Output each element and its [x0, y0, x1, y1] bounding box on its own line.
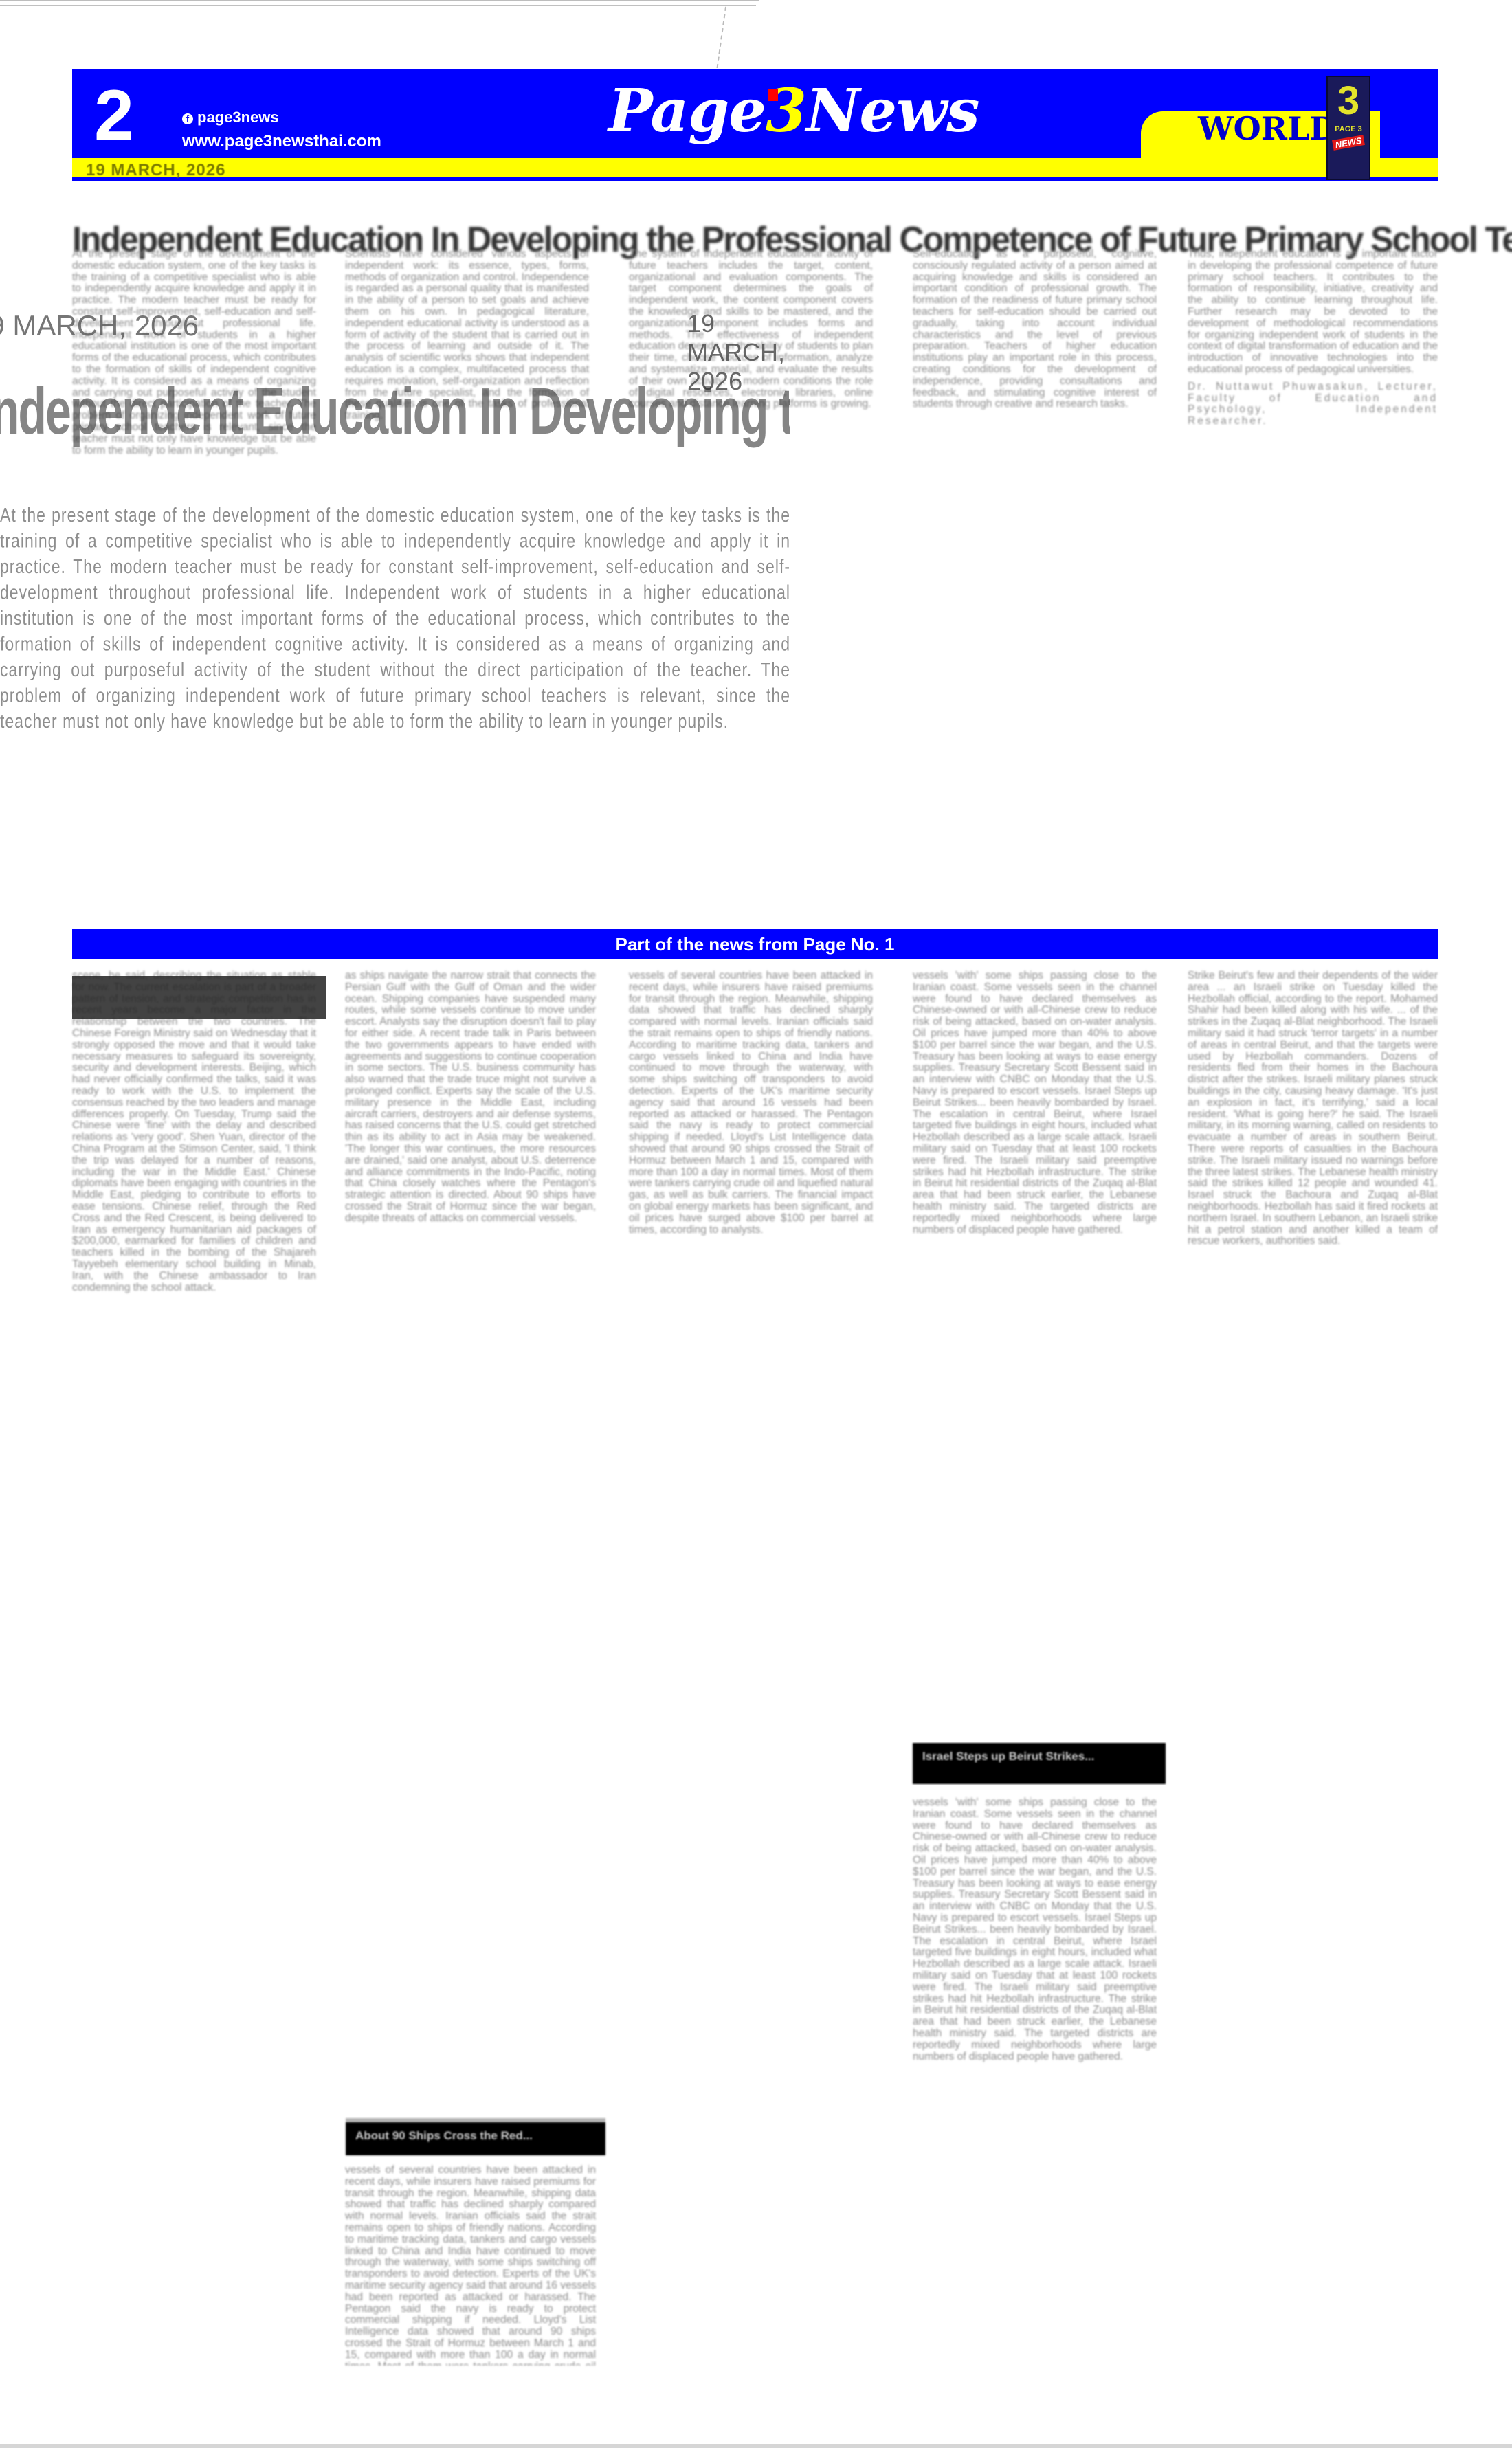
- page-number: 2: [94, 74, 134, 157]
- article2-column-2: as ships navigate the narrow strait that…: [345, 970, 596, 2111]
- article2-paragraph: vessels 'with' some ships passing close …: [913, 1797, 1157, 2062]
- article2-paragraph: scene, he said, describing the situation…: [72, 970, 316, 1293]
- facebook-icon: f: [182, 113, 193, 124]
- article1-byline: Dr. Nuttawut Phuwasakun, Lecturer, Facul…: [1188, 381, 1438, 427]
- facebook-label: page3news: [197, 109, 279, 126]
- article1-column-2: Scientists have considered various aspec…: [345, 249, 589, 909]
- article1-column-1: At the present stage of the development …: [72, 249, 316, 909]
- article2-paragraph: vessels of several countries have been a…: [345, 2165, 596, 2366]
- article2-paragraph: vessels of several countries have been a…: [629, 970, 873, 1236]
- top-border-line: [0, 0, 759, 1]
- article2-paragraph: as ships navigate the narrow strait that…: [345, 970, 596, 1225]
- top-border-line: [0, 5, 756, 6]
- scan-fold-line: [716, 7, 727, 69]
- article1-paragraph: Self-education as a purposeful, cognitiv…: [913, 249, 1157, 410]
- badge-page: PAGE 3: [1328, 125, 1369, 133]
- article1-column-4: Self-education as a purposeful, cognitiv…: [913, 249, 1157, 909]
- section-label: WORLD: [1198, 110, 1337, 147]
- logo-right: News: [806, 76, 979, 146]
- continued-from-page1-banner: Part of the news from Page No. 1: [72, 929, 1438, 959]
- article2-column-1: scene, he said, describing the situation…: [72, 970, 316, 2366]
- logo-left: Page: [608, 76, 766, 146]
- article2-column-2-continued: vessels of several countries have been a…: [345, 2165, 596, 2366]
- article2-column-3: vessels of several countries have been a…: [629, 970, 873, 2366]
- article1-paragraph: The system of independent educational ac…: [629, 249, 873, 410]
- website-link[interactable]: www.page3newsthai.com: [182, 132, 381, 151]
- masthead: 2 fpage3news www.page3newsthai.com 19 MA…: [72, 69, 1438, 180]
- article1-paragraph: At the present stage of the development …: [72, 249, 316, 456]
- bottom-border: [0, 2444, 1512, 2448]
- article2-paragraph: Strike Beirut's few and their dependents…: [1188, 970, 1438, 1247]
- article1-paragraph: Thus, independent education is an import…: [1188, 249, 1438, 376]
- article1-column-5: Thus, independent education is an import…: [1188, 249, 1438, 909]
- subheading-ships-red-sea: About 90 Ships Cross the Red...: [346, 2118, 605, 2155]
- masthead-bottom-line: [72, 177, 1438, 181]
- article2-paragraph: vessels 'with' some ships passing close …: [913, 970, 1157, 1236]
- logo-number: 3: [766, 76, 806, 146]
- badge-number: 3: [1328, 77, 1369, 125]
- facebook-handle[interactable]: fpage3news: [182, 109, 279, 126]
- article1-paragraph: Scientists have considered various aspec…: [345, 249, 589, 422]
- badge-news: NEWS: [1332, 135, 1365, 151]
- newspaper-logo: Page3News: [608, 77, 979, 146]
- issue-date: 19 MARCH, 2026: [86, 161, 225, 180]
- article2-column-4: vessels 'with' some ships passing close …: [913, 970, 1157, 1733]
- article2-column-5: Strike Beirut's few and their dependents…: [1188, 970, 1438, 2372]
- article2-column-4-continued: vessels 'with' some ships passing close …: [913, 1797, 1157, 2366]
- article1-column-3: The system of independent educational ac…: [629, 249, 873, 909]
- page3-badge-icon: 3 PAGE 3 NEWS: [1326, 76, 1370, 180]
- subheading-beirut-strikes: Israel Steps up Beirut Strikes...: [913, 1743, 1166, 1784]
